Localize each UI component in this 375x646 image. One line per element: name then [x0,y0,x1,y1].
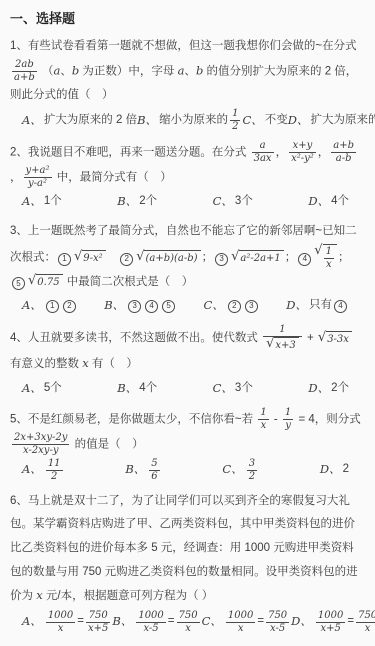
radicand: (a+b)(a-b) [144,250,200,265]
option-label: B、 [117,378,137,400]
radical-sign-icon: √ [74,250,82,264]
text-run: - [271,413,281,425]
numerator: 3 [247,458,257,470]
text-run: （ [39,65,54,77]
question-block: 3、上一题既然考了最简分式，自然也不能忘了它的新邻居啊~已知二次根式：1√9-x… [10,220,365,317]
fraction: 1000x [46,610,75,635]
denominator: x-5 [136,622,165,635]
text-run: 3个 [235,191,253,213]
text-run: 1、有些试卷看看第一题就不想做，但这一题我想你们会做的~在分式 [10,40,357,52]
text-run: 2个 [331,378,349,400]
answer-option: B、345 [104,295,177,317]
fraction: 1x [258,407,268,432]
fraction: 750x [177,610,200,635]
circled-number: 2 [228,300,241,313]
text-run: 3个 [235,378,253,400]
text-run: = [168,611,175,633]
numerator: a [252,140,274,152]
text-run: ， [10,172,22,184]
numerator: 1000 [46,610,75,622]
answer-option: C、3个 [213,191,253,213]
numerator: 1 [230,108,240,120]
option-label: A、 [22,611,42,633]
denominator: x+5 [86,622,110,635]
fraction: 2aba+b [12,59,37,84]
circled-number: 3 [215,253,228,266]
circled-number: 2 [63,300,76,313]
answer-option: B、2个 [117,191,157,213]
numerator: 1000 [226,610,255,622]
text-run: 的值是（ ） [71,438,143,450]
answer-option: B、缩小为原来的 12 [137,108,242,133]
option-label: D、 [308,191,329,213]
numerator: 11 [46,458,63,470]
answer-option: C、23 [204,295,260,317]
question-list: 1、有些试卷看看第一题就不想做，但这一题我想你们会做的~在分式 2aba+b （… [10,35,365,635]
text-run: 5个 [44,378,62,400]
radical-sign-icon: √ [231,250,239,264]
numerator: 1 [324,246,334,258]
denominator: x [356,622,375,635]
numerator: y+a² [24,165,52,177]
circled-number: 4 [334,300,347,313]
option-label: C、 [202,611,222,633]
radicand: 3-3x [326,331,352,346]
answer-option: B、56 [125,458,161,483]
fraction: x+yx²-y² [289,140,316,165]
radical-sign-icon: √ [136,250,144,264]
text-run: 2个 [139,191,157,213]
radical-sign-icon: √ [318,331,326,345]
radicand: x+3 [274,337,298,352]
text-run: 为正数）中，字母 [79,65,177,77]
section-heading: 一、选择题 [10,8,365,27]
sqrt-radical: √a²-2a+1 [231,250,284,265]
text-run: 、 [184,65,196,77]
text-run: 4个 [331,191,349,213]
denominator: x [46,622,75,635]
radical-sign-icon: √ [28,274,36,288]
radicand: a²-2a+1 [239,250,283,265]
denominator: 2 [230,120,240,133]
denominator: 3ax [252,152,274,165]
option-label: D、 [286,295,307,317]
options-row: A、1000x=750x+5B、1000x-5=750xC、1000x=750x… [10,610,365,635]
circled-number: 3 [128,300,141,313]
denominator: x [177,622,200,635]
answer-option: C、1000x=750x-5 [202,610,292,635]
radical-sign-icon: √ [266,337,274,351]
option-label: C、 [222,459,242,481]
answer-option: D、2个 [308,378,349,400]
option-label: A、 [22,110,42,132]
fraction: 1000x-5 [136,610,165,635]
radicand: 0.75 [36,274,62,289]
text-run: 不变 [265,110,288,132]
sqrt-radical: √9-x² [74,250,106,265]
denominator: x²-y² [289,152,316,165]
numerator: 750 [177,610,200,622]
circled-number: 2 [120,253,133,266]
text-run: 中最简二次根式是（ ） [64,276,194,288]
denominator: x+5 [316,622,345,635]
option-label: A、 [22,295,42,317]
answer-option: A、1个 [22,191,62,213]
denominator: x-2xy-y [12,444,69,457]
text-run: = [347,611,354,633]
answer-option: C、不变 [242,110,287,132]
circled-number: 5 [162,300,175,313]
numerator: 2x+3xy-2y [12,432,69,444]
fraction: 112 [46,458,63,483]
denominator: 6 [149,470,159,483]
options-row: A、5个B、4个C、3个D、2个 [10,378,365,400]
numerator: 1 [263,324,302,336]
option-label: D、 [308,378,329,400]
options-row: A、扩大为原来的 2 倍B、缩小为原来的 12C、不变D、扩大为原来的 4 倍 [10,108,365,133]
denominator: y-a² [24,177,52,190]
sqrt-radical: √3-3x [318,331,352,346]
text-run: 1个 [44,191,62,213]
answer-option: A、112 [22,458,65,483]
option-label: C、 [204,295,224,317]
question-text: 5、不是红颜易老，是你做题太少，不信你看~若 1x - 1y = 4，则分式 2… [10,407,365,457]
option-label: D、 [288,110,309,132]
sqrt-radical: √(a+b)(a-b) [136,250,200,265]
denominator: a+b [12,71,37,84]
fraction: 750x-5 [266,610,289,635]
text-run [107,251,119,263]
fraction: 1000x [226,610,255,635]
text-run: 4、人丑就要多读书，不然这题做不出。使代数式 [10,332,261,344]
radicand: 1x [323,244,337,271]
numerator: x+y [289,140,316,152]
answer-option: D、4个 [308,191,349,213]
numerator: 750 [86,610,110,622]
option-label: C、 [242,110,262,132]
answer-option: D、扩大为原来的 4 倍 [288,110,375,132]
denominator: 2 [46,470,63,483]
denominator: √x+3 [263,336,302,352]
answer-option: B、4个 [117,378,157,400]
circled-number: 3 [245,300,258,313]
question-text: 4、人丑就要多读书，不然这题做不出。使代数式 1√x+3 + √3-3x 有意义… [10,324,365,377]
option-label: B、 [104,295,124,317]
option-label: D、 [291,611,312,633]
sqrt-radical: √x+3 [266,337,299,352]
question-block: 5、不是红颜易老，是你做题太少，不信你看~若 1x - 1y = 4，则分式 2… [10,407,365,483]
answer-option: A、扩大为原来的 2 倍 [22,110,137,132]
text-run: 中，最简分式有（ ） [54,172,172,184]
sqrt-radical: √1x [314,244,337,271]
text-run: 、 [60,65,72,77]
option-label: A、 [22,191,42,213]
text-run: = 4，则分式 [295,413,361,425]
question-text: 2、我说题目不难吧，再来一题送分题。在分式 a3ax，x+yx²-y²，a+ba… [10,140,365,190]
fraction: 1000x+5 [316,610,345,635]
text-run: 4个 [139,378,157,400]
text-run: 2 [343,459,349,481]
numerator: 5 [149,458,159,470]
option-label: B、 [117,191,137,213]
text-run: ； [202,251,214,263]
answer-option: D、2 [320,459,349,481]
answer-option: A、12 [22,295,78,317]
text-run: ； [338,251,350,263]
circled-number: 1 [46,300,59,313]
answer-option: D、1000x+5=750x [291,610,375,635]
numerator: 750 [266,610,289,622]
fraction: 1x [324,246,334,271]
option-label: B、 [112,611,132,633]
text-run: 扩大为原来的 4 倍 [310,110,375,132]
circled-number: 1 [58,253,71,266]
denominator: x [258,419,268,432]
fraction: 750x [356,610,375,635]
fraction: a+ba-b [331,140,356,165]
question-block: 2、我说题目不难吧，再来一题送分题。在分式 a3ax，x+yx²-y²，a+ba… [10,140,365,213]
answer-option: B、1000x-5=750x [112,610,201,635]
radicand: 9-x² [82,250,105,265]
text-run: + [304,332,317,344]
numerator: 1000 [136,610,165,622]
question-block: 1、有些试卷看看第一题就不想做，但这一题我想你们会做的~在分式 2aba+b （… [10,35,365,133]
numerator: 750 [356,610,375,622]
option-label: B、 [137,110,157,132]
option-label: B、 [125,459,145,481]
fraction: 32 [247,458,257,483]
question-text: 1、有些试卷看看第一题就不想做，但这一题我想你们会做的~在分式 2aba+b （… [10,35,365,107]
fraction: 12 [230,108,240,133]
text-run: 缩小为原来的 [159,110,228,132]
denominator: x [324,258,334,271]
text-run: 元/本，根据题意可列方程为（ ） [43,590,214,602]
question-block: 4、人丑就要多读书，不然这题做不出。使代数式 1√x+3 + √3-3x 有意义… [10,324,365,399]
text-run: ， [318,147,330,159]
radical-sign-icon: √ [314,244,322,258]
text-run: 5、不是红颜易老，是你做题太少，不信你看~若 [10,413,256,425]
numerator: 1 [258,407,268,419]
options-row: A、1个B、2个C、3个D、4个 [10,191,365,213]
numerator: a+b [331,140,356,152]
options-row: A、112B、56C、32D、2 [10,458,365,483]
denominator: a-b [331,152,356,165]
circled-number: 5 [12,277,25,290]
denominator: x [226,622,255,635]
denominator: 2 [247,470,257,483]
text-run: 扩大为原来的 2 倍 [44,110,137,132]
question-text: 3、上一题既然考了最简分式，自然也不能忘了它的新邻居啊~已知二次根式：1√9-x… [10,220,365,294]
options-row: A、12B、345C、23D、只有4 [10,295,365,317]
text-run: = [257,611,264,633]
question-text: 6、马上就是双十二了，为了让同学们可以买到齐全的寒假复习大礼包。某学霸资料店购进… [10,490,365,609]
text-run: ， [276,147,288,159]
fraction: 2x+3xy-2yx-2xy-y [12,432,69,457]
sqrt-radical: √0.75 [28,274,63,289]
question-block: 6、马上就是双十二了，为了让同学们可以买到齐全的寒假复习大礼包。某学霸资料店购进… [10,490,365,635]
numerator: 2ab [12,59,37,71]
answer-option: C、32 [222,458,259,483]
fraction: y+a²y-a² [24,165,52,190]
text-run: 2、我说题目不难吧，再来一题送分题。在分式 [10,147,250,159]
option-label: C、 [213,378,233,400]
option-label: C、 [213,191,233,213]
text-run: 有（ ） [89,358,138,370]
text-run: 6、马上就是双十二了，为了让同学们可以买到齐全的寒假复习大礼包。某学霸资料店购进… [10,495,358,602]
text-run: 只有 [309,295,332,317]
answer-option: C、3个 [213,378,253,400]
circled-number: 4 [298,253,311,266]
fraction: 750x+5 [86,610,110,635]
option-label: A、 [22,459,42,481]
fraction: 56 [149,458,159,483]
option-label: A、 [22,378,42,400]
denominator: x-5 [266,622,289,635]
numerator: 1 [283,407,293,419]
fraction: a3ax [252,140,274,165]
answer-option: D、只有4 [286,295,349,317]
fraction: 1y [283,407,293,432]
answer-option: A、1000x=750x+5 [22,610,112,635]
answer-option: A、5个 [22,378,62,400]
text-run: ； [285,251,297,263]
numerator: 1000 [316,610,345,622]
text-run: = [77,611,84,633]
circled-number: 4 [145,300,158,313]
denominator: y [283,419,293,432]
fraction: 1√x+3 [263,324,302,352]
option-label: D、 [320,459,341,481]
text-run: 有意义的整数 [10,358,82,370]
